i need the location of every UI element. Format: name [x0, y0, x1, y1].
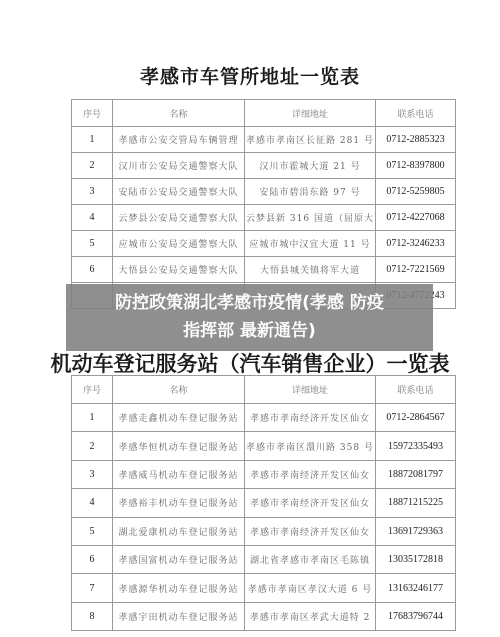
cell-name: 孝感威马机动车登记服务站	[113, 460, 245, 488]
table-row: 7 孝感源华机动车登记服务站 孝感市孝南区孝汉大道 6 号 1316324617…	[72, 574, 456, 602]
cell-address: 安陆市碧涓东路 97 号	[245, 179, 376, 205]
cell-address: 云梦县新 316 国道（屈原大	[245, 205, 376, 231]
header-no: 序号	[72, 376, 113, 404]
cell-address: 孝感市孝南区孝武大道特 2	[245, 602, 376, 630]
cell-address: 孝感市孝南经济开发区仙女	[245, 460, 376, 488]
cell-name: 汉川市公安局交通警察大队	[113, 153, 245, 179]
header-no: 序号	[72, 100, 113, 127]
cell-phone: 18871215225	[376, 489, 456, 517]
cell-no: 5	[72, 517, 113, 545]
cell-name: 孝感市公安交管局车辆管理	[113, 127, 245, 153]
cell-name: 孝感裕丰机动车登记服务站	[113, 489, 245, 517]
cell-name: 孝感走鑫机动车登记服务站	[113, 404, 245, 432]
table1-title: 孝感市车管所地址一览表	[0, 62, 500, 89]
cell-no: 3	[72, 179, 113, 205]
table-row: 1 孝感市公安交管局车辆管理 孝感市孝南区长征路 281 号 0712-2885…	[72, 127, 456, 153]
cell-no: 1	[72, 404, 113, 432]
header-phone: 联系电话	[376, 100, 456, 127]
header-name: 名称	[113, 376, 245, 404]
table-row: 5 应城市公安局交通警察大队 应城市城中汉宜大道 11 号 0712-32462…	[72, 231, 456, 257]
cell-no: 2	[72, 153, 113, 179]
cell-no: 8	[72, 602, 113, 630]
cell-phone: 17683796744	[376, 602, 456, 630]
cell-no: 7	[72, 574, 113, 602]
cell-address: 孝感市孝南经济开发区仙女	[245, 404, 376, 432]
cell-no: 6	[72, 545, 113, 573]
header-phone: 联系电话	[376, 376, 456, 404]
cell-phone: 18872081797	[376, 460, 456, 488]
header-address: 详细地址	[245, 100, 376, 127]
table-row: 2 孝感华恒机动车登记服务站 孝感市孝南区澴川路 358 号 159723354…	[72, 432, 456, 460]
cell-phone: 0712-3246233	[376, 231, 456, 257]
cell-address: 孝感市孝南区澴川路 358 号	[245, 432, 376, 460]
cell-phone: 0712-2885323	[376, 127, 456, 153]
cell-phone: 0712-5259805	[376, 179, 456, 205]
cell-address: 孝感市孝南经济开发区仙女	[245, 517, 376, 545]
cell-phone: 13163246177	[376, 574, 456, 602]
cell-address: 湖北省孝感市孝南区毛陈镇	[245, 545, 376, 573]
cell-phone: 15972335493	[376, 432, 456, 460]
table-row: 3 孝感威马机动车登记服务站 孝感市孝南经济开发区仙女 18872081797	[72, 460, 456, 488]
cell-address: 应城市城中汉宜大道 11 号	[245, 231, 376, 257]
table-row: 6 大悟县公安局交通警察大队 大悟县城关镇将军大道 0712-7221569	[72, 257, 456, 283]
table-row: 2 汉川市公安局交通警察大队 汉川市霍城大道 21 号 0712-8397800	[72, 153, 456, 179]
cell-address: 孝感市孝南区长征路 281 号	[245, 127, 376, 153]
cell-name: 安陆市公安局交通警察大队	[113, 179, 245, 205]
cell-name: 孝感宇田机动车登记服务站	[113, 602, 245, 630]
cell-phone: 0712-4227068	[376, 205, 456, 231]
cell-address: 大悟县城关镇将军大道	[245, 257, 376, 283]
cell-no: 4	[72, 205, 113, 231]
table-header-row: 序号 名称 详细地址 联系电话	[72, 376, 456, 404]
cell-name: 云梦县公安局交通警察大队	[113, 205, 245, 231]
table-row: 6 孝感国富机动车登记服务站 湖北省孝感市孝南区毛陈镇 13035172818	[72, 545, 456, 573]
cell-no: 2	[72, 432, 113, 460]
cell-name: 孝感国富机动车登记服务站	[113, 545, 245, 573]
cell-phone: 13691729363	[376, 517, 456, 545]
banner-line-1: 防控政策湖北孝感市疫情(孝感 防疫	[66, 289, 433, 317]
table-row: 3 安陆市公安局交通警察大队 安陆市碧涓东路 97 号 0712-5259805	[72, 179, 456, 205]
headline-overlay-banner: 防控政策湖北孝感市疫情(孝感 防疫 指挥部 最新通告)	[66, 284, 433, 351]
table2-title: 机动车登记服务站（汽车销售企业）一览表	[0, 348, 500, 378]
cell-address: 汉川市霍城大道 21 号	[245, 153, 376, 179]
table-row: 1 孝感走鑫机动车登记服务站 孝感市孝南经济开发区仙女 0712-2864567	[72, 404, 456, 432]
cell-name: 孝感华恒机动车登记服务站	[113, 432, 245, 460]
cell-phone: 0712-8397800	[376, 153, 456, 179]
table-row: 5 湖北爱康机动车登记服务站 孝感市孝南经济开发区仙女 13691729363	[72, 517, 456, 545]
cell-name: 应城市公安局交通警察大队	[113, 231, 245, 257]
cell-phone: 0712-2864567	[376, 404, 456, 432]
cell-phone: 0712-7221569	[376, 257, 456, 283]
cell-name: 湖北爱康机动车登记服务站	[113, 517, 245, 545]
cell-no: 5	[72, 231, 113, 257]
cell-phone: 13035172818	[376, 545, 456, 573]
table-header-row: 序号 名称 详细地址 联系电话	[72, 100, 456, 127]
cell-address: 孝感市孝南区孝汉大道 6 号	[245, 574, 376, 602]
cell-no: 6	[72, 257, 113, 283]
table-row: 8 孝感宇田机动车登记服务站 孝感市孝南区孝武大道特 2 17683796744	[72, 602, 456, 630]
cell-no: 4	[72, 489, 113, 517]
header-name: 名称	[113, 100, 245, 127]
cell-address: 孝感市孝南经济开发区仙女	[245, 489, 376, 517]
cell-no: 1	[72, 127, 113, 153]
cell-name: 孝感源华机动车登记服务站	[113, 574, 245, 602]
cell-no: 3	[72, 460, 113, 488]
registration-station-table: 序号 名称 详细地址 联系电话 1 孝感走鑫机动车登记服务站 孝感市孝南经济开发…	[71, 375, 456, 631]
vehicle-office-table: 序号 名称 详细地址 联系电话 1 孝感市公安交管局车辆管理 孝感市孝南区长征路…	[71, 99, 456, 309]
header-address: 详细地址	[245, 376, 376, 404]
banner-line-2: 指挥部 最新通告)	[66, 317, 433, 345]
cell-name: 大悟县公安局交通警察大队	[113, 257, 245, 283]
table-row: 4 云梦县公安局交通警察大队 云梦县新 316 国道（屈原大 0712-4227…	[72, 205, 456, 231]
table-row: 4 孝感裕丰机动车登记服务站 孝感市孝南经济开发区仙女 18871215225	[72, 489, 456, 517]
